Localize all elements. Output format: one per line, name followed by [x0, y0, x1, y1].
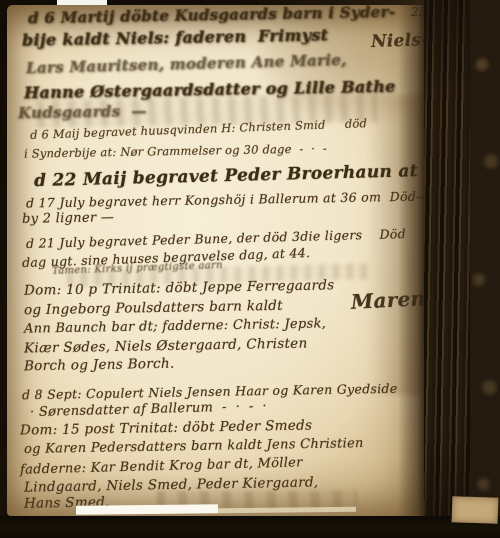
book-back-cover [470, 0, 500, 538]
book-fore-edge [424, 0, 474, 538]
top-page-sliver [57, 0, 107, 5]
bottom-shadow-band [0, 516, 500, 538]
manuscript-line: by 2 ligner — [22, 210, 114, 227]
manuscript-line: Borch og Jens Borch. [24, 356, 175, 375]
page-edge-shadow [398, 0, 426, 538]
bottom-page-sliver [76, 504, 218, 514]
manuscript-photo: 23. Niels- Maren d 6 Martij döbte Kudsga… [0, 0, 500, 538]
manuscript-line: Kudsgaards — [18, 102, 147, 122]
bottom-right-paper-patch [452, 496, 499, 524]
